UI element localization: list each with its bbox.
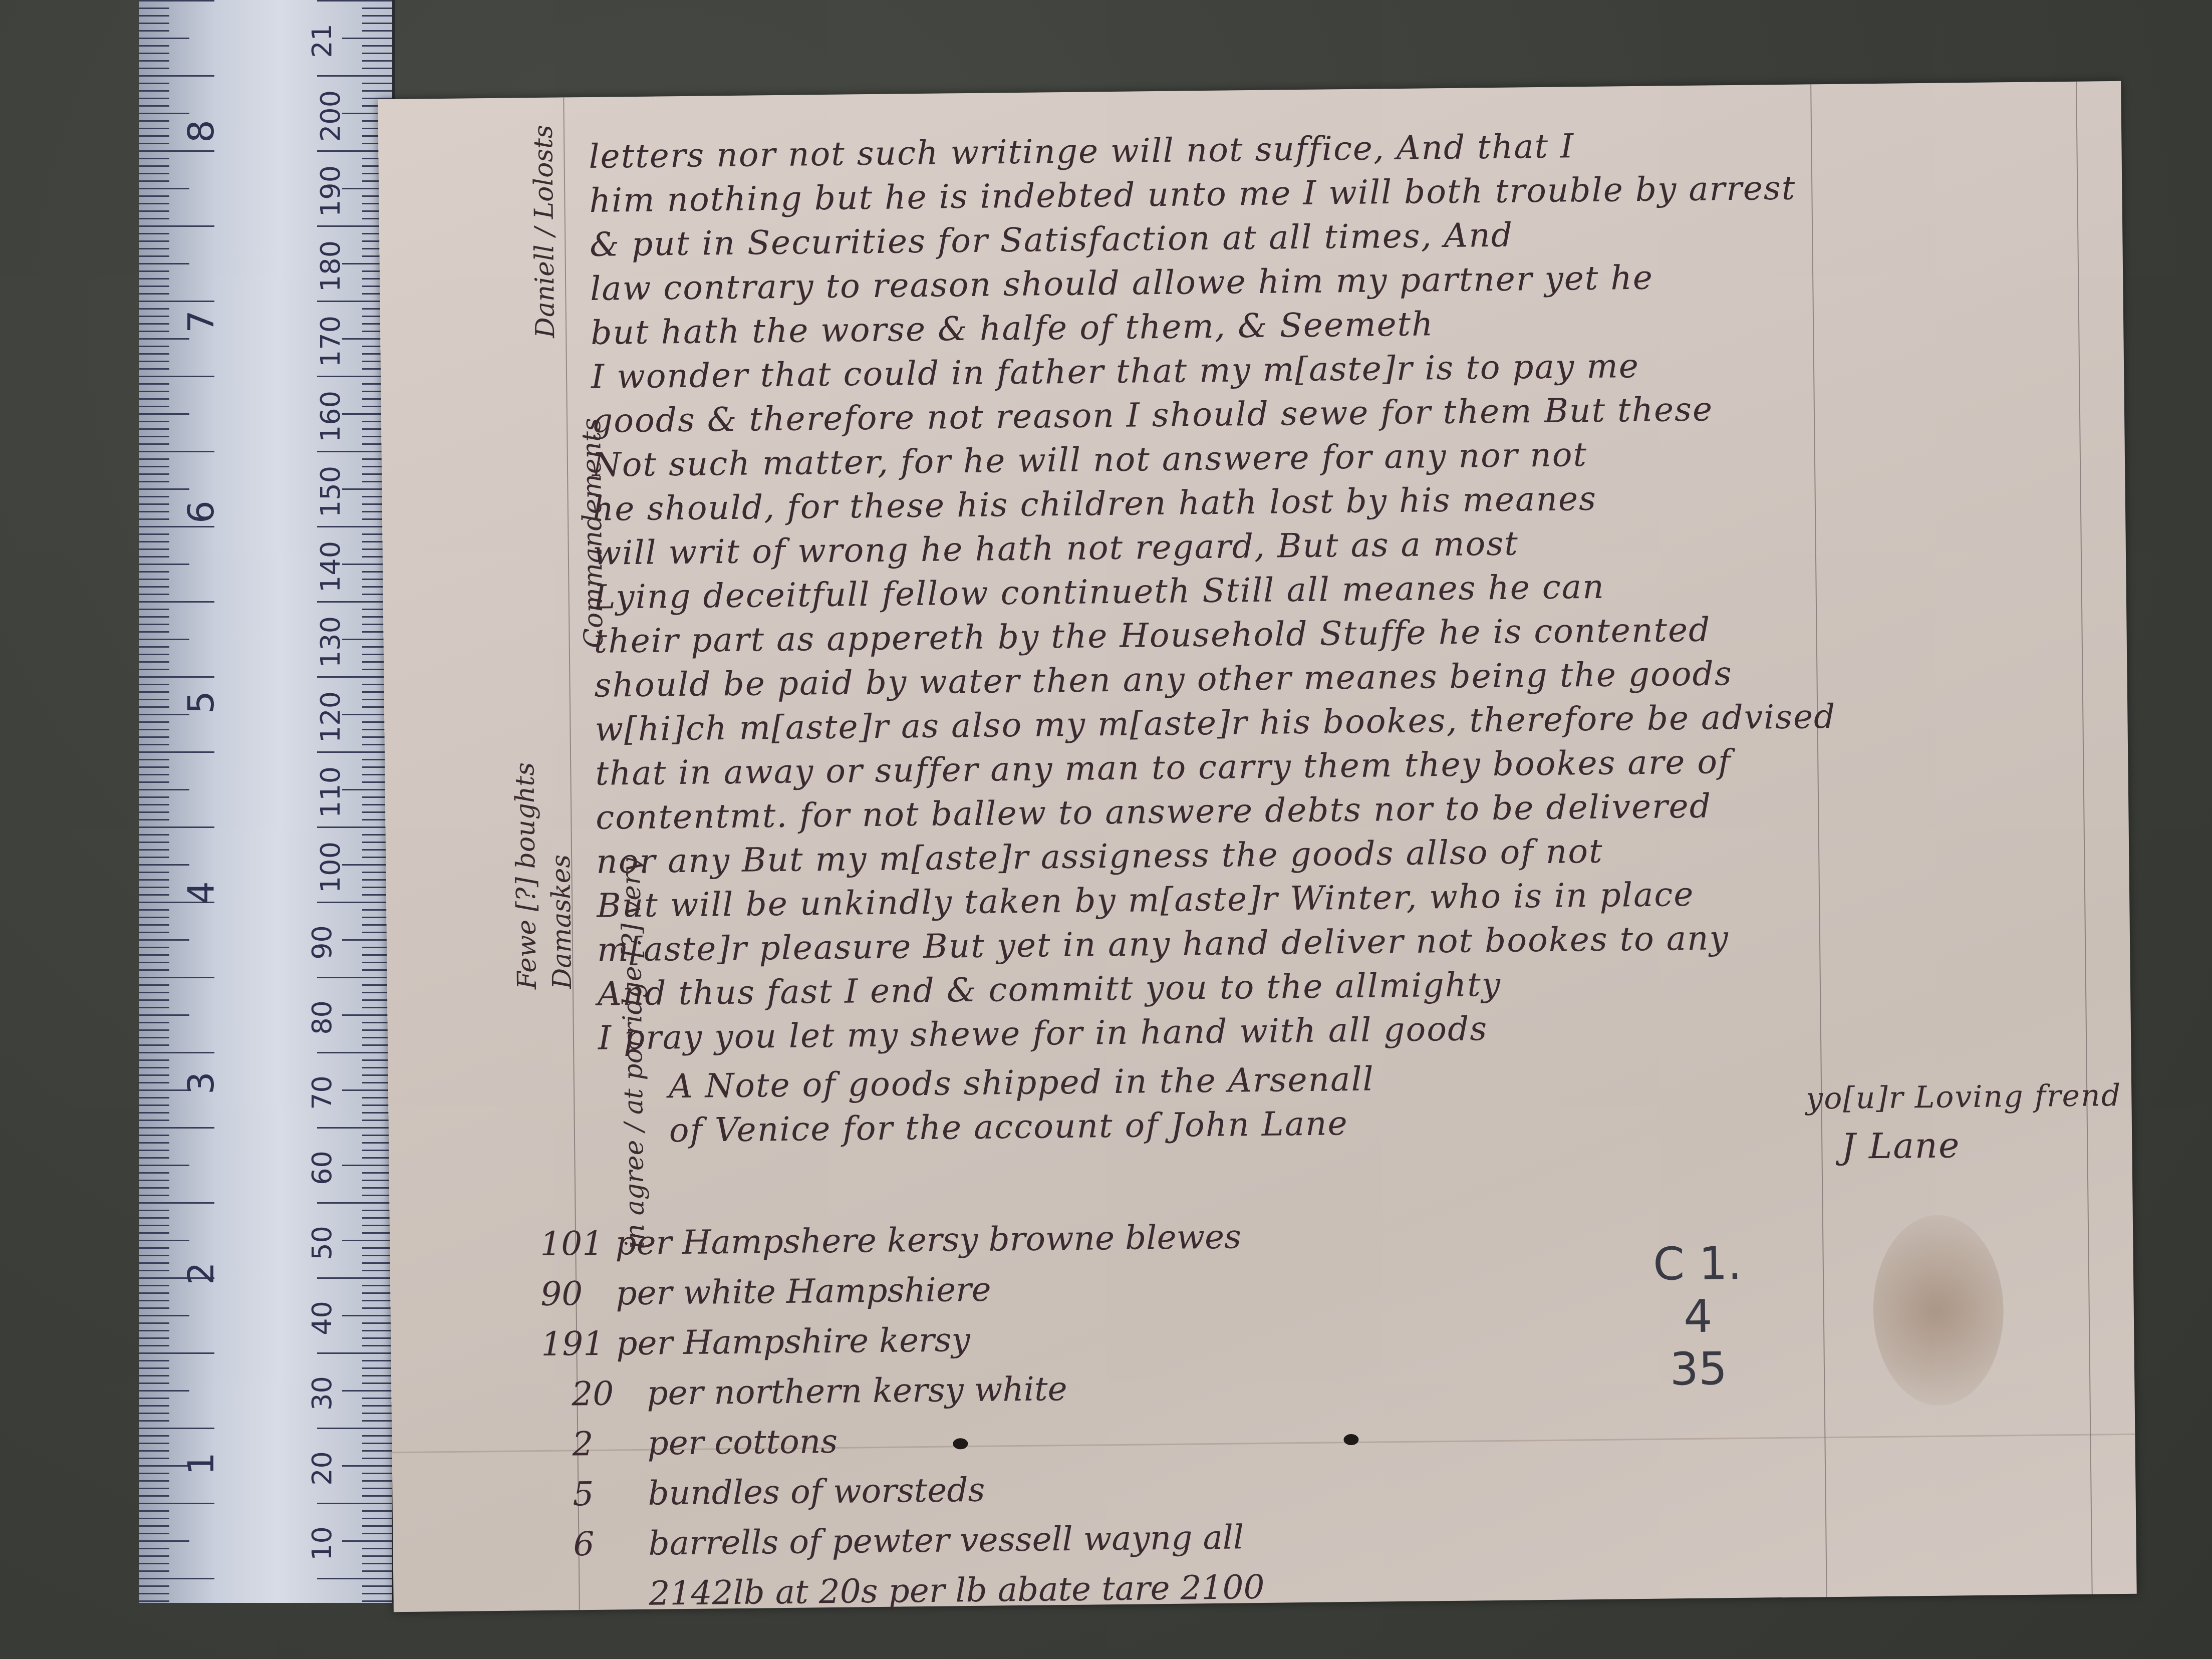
letter-line: of Venice for the account of John Lane (669, 1104, 1348, 1150)
inventory-row: 90per white Hampshiere (540, 1270, 991, 1313)
ruler-tick (139, 338, 189, 340)
ruler-tick (139, 1172, 169, 1174)
ruler-tick (139, 1398, 169, 1399)
ruler-tick (362, 1405, 392, 1407)
ruler-tick (139, 301, 214, 302)
ruler-tick (139, 1578, 214, 1579)
ruler-tick (139, 1202, 214, 1204)
ruler-mm-label: 10 (306, 1526, 338, 1561)
ruler-tick (362, 1495, 392, 1497)
ruler-tick (139, 1533, 169, 1534)
inventory-desc: per cottons (647, 1422, 838, 1463)
measuring-ruler: 1234567810203040506070809010011012013014… (139, 0, 395, 1603)
signature-closing: yo[u]r Loving frend (1806, 1078, 2122, 1117)
ruler-tick (139, 624, 169, 625)
ruler-tick (362, 1367, 392, 1369)
ruler-tick (139, 413, 189, 415)
ruler-tick (139, 834, 169, 836)
ruler-tick (362, 1585, 392, 1587)
ruler-cm-label: 2 (180, 1262, 222, 1285)
ruler-tick (139, 1007, 169, 1008)
ruler-tick (362, 1285, 392, 1286)
inventory-qty: 191 (541, 1324, 617, 1363)
ruler-tick (317, 0, 392, 2)
ruler-tick (317, 601, 392, 603)
ink-stain (1872, 1214, 2005, 1406)
ruler-tick (139, 23, 169, 24)
ruler-tick (317, 526, 392, 527)
ruler-tick (139, 1074, 169, 1076)
ruler-tick (139, 1307, 169, 1309)
ruler-tick (342, 1165, 392, 1166)
ruler-tick (139, 1157, 169, 1159)
ruler-tick (139, 1292, 169, 1294)
ruler-tick (362, 1525, 392, 1527)
ruler-tick (139, 15, 169, 17)
ruler-tick (139, 203, 169, 204)
ruler-tick (139, 676, 214, 678)
ruler-tick (139, 669, 169, 670)
ruler-tick (139, 173, 169, 174)
ruler-tick (362, 1555, 392, 1557)
ruler-tick (139, 586, 169, 588)
ruler-tick (342, 1315, 392, 1316)
letter-line: Lying deceitfull fellow continueth Still… (593, 568, 1605, 617)
margin-note: Fewe [?] boughts (510, 762, 542, 990)
ruler-tick (139, 1180, 169, 1181)
ruler-tick (362, 1217, 392, 1219)
inventory-desc: per northern kersy white (647, 1369, 1067, 1413)
ruler-tick (139, 661, 169, 663)
ruler-tick (139, 308, 169, 310)
ruler-tick (139, 383, 169, 385)
inventory-qty: 20 (572, 1374, 647, 1414)
ruler-tick (139, 368, 169, 370)
ruler-tick (139, 496, 169, 497)
ruler-tick (139, 826, 214, 828)
ruler-tick (139, 1187, 169, 1189)
ruler-tick (139, 436, 169, 437)
ruler-tick (139, 316, 169, 317)
inventory-row: 6barrells of pewter vessell wayng all (573, 1518, 1244, 1563)
ruler-tick (139, 255, 169, 257)
ruler-tick (139, 533, 169, 535)
ruler-tick (139, 443, 169, 445)
letter-line: that in away or suffer any man to carry … (595, 742, 1732, 793)
ruler-tick (362, 1413, 392, 1414)
ruler-tick (139, 744, 169, 745)
ruler-mm-label: 21 (306, 24, 338, 58)
ruler-tick (362, 1300, 392, 1301)
ruler-tick (139, 1315, 189, 1316)
margin-note: Daniell / Lolosts (528, 125, 561, 338)
ruler-tick (342, 864, 392, 866)
letter-line: & put in Securities for Satisfaction at … (590, 216, 1514, 264)
ruler-tick (362, 1330, 392, 1331)
ruler-tick (139, 1480, 169, 1482)
ruler-tick (139, 556, 169, 558)
ruler-tick (139, 1367, 169, 1369)
ruler-tick (139, 1225, 169, 1226)
ruler-tick (362, 1510, 392, 1512)
ruler-tick (139, 60, 169, 62)
ruler-tick (139, 1120, 169, 1121)
ruler-tick (139, 924, 169, 926)
ruler-tick (362, 1247, 392, 1249)
ruler-tick (139, 1150, 169, 1151)
ruler-tick (317, 451, 392, 452)
ruler-tick (362, 1307, 392, 1309)
ruler-tick (139, 143, 169, 144)
letter-line: I pray you let my shewe for in hand with… (598, 1009, 1488, 1057)
letter-line: goods & therefore not reason I should se… (592, 390, 1714, 440)
ruler-tick (317, 1503, 392, 1504)
ruler-tick (362, 1360, 392, 1361)
ruler-tick (139, 128, 169, 129)
ruler-mm-label: 190 (315, 165, 346, 217)
ruler-tick (139, 1067, 169, 1068)
ruler-tick (139, 323, 169, 325)
ruler-tick (139, 1585, 169, 1587)
ruler-tick (139, 481, 169, 482)
ruler-tick (362, 1458, 392, 1459)
letter-line: will writ of wrong he hath not regard, B… (593, 524, 1519, 573)
ruler-tick (139, 548, 169, 550)
ruler-mm-label: 200 (315, 90, 346, 142)
ruler-mm-label: 130 (315, 616, 346, 668)
ruler-mm-label: 60 (306, 1151, 338, 1185)
ruler-tick (139, 887, 169, 888)
inventory-qty (574, 1605, 649, 1606)
ruler-tick (139, 68, 169, 69)
ruler-tick (139, 398, 169, 400)
ruler-tick (362, 1518, 392, 1519)
ruler-tick (139, 1232, 169, 1234)
inventory-qty: 2 (572, 1424, 648, 1464)
ruler-tick (139, 654, 169, 655)
ruler-tick (362, 1337, 392, 1339)
ruler-tick (139, 90, 169, 92)
ruler-tick (139, 511, 169, 512)
ruler-cm-label: 3 (180, 1071, 222, 1094)
column-rule (1810, 84, 1827, 1597)
ruler-tick (362, 8, 392, 9)
ruler-tick (362, 1488, 392, 1489)
ruler-tick (139, 488, 189, 490)
ruler-tick (139, 1600, 169, 1602)
ruler-tick (139, 1503, 214, 1504)
worm-hole (953, 1438, 968, 1449)
ruler-tick (139, 1217, 169, 1219)
archive-ref-piece: 4 (1617, 1289, 1778, 1343)
inventory-desc: per white Hampshiere (616, 1270, 991, 1313)
ruler-tick (139, 331, 169, 332)
ruler-tick (362, 30, 392, 32)
ruler-tick (139, 83, 169, 84)
ruler-tick (139, 188, 189, 189)
ruler-tick (139, 691, 169, 693)
ruler-tick (139, 977, 214, 978)
ruler-tick (362, 1180, 392, 1181)
ruler-tick (139, 38, 189, 39)
ruler-mm-label: 80 (306, 1000, 338, 1035)
ruler-tick (362, 45, 392, 47)
ruler-tick (362, 68, 392, 69)
inventory-row: 191per Hampshire kersy (541, 1320, 970, 1363)
ruler-mm-label: 120 (315, 691, 346, 743)
ruler-tick (139, 8, 169, 9)
letter-line: contentmt. for not ballew to answere deb… (596, 787, 1712, 837)
ruler-tick (362, 1480, 392, 1482)
ruler-tick (139, 1052, 214, 1053)
ruler-tick (139, 30, 169, 32)
letter-line: but hath the worse & halfe of them, & Se… (591, 305, 1434, 352)
ruler-tick (139, 1570, 169, 1572)
ruler-tick (342, 939, 392, 941)
letter-line: But will be unkindly taken by m[aste]r W… (597, 875, 1695, 925)
ruler-tick (139, 353, 169, 355)
ruler-mm-label: 20 (306, 1451, 338, 1486)
letter-line: he should, for these his children hath l… (592, 479, 1597, 528)
ruler-tick (362, 1420, 392, 1422)
ruler-tick (362, 1600, 392, 1602)
letter-line: Not such matter, for he will not answere… (592, 435, 1588, 484)
ruler-tick (139, 1059, 169, 1061)
ruler-mm-label: 140 (315, 541, 346, 593)
letter-line: w[hi]ch m[aste]r as also my m[aste]r his… (595, 697, 1836, 749)
ruler-tick (139, 1428, 214, 1429)
ruler-tick (139, 1510, 169, 1512)
ruler-tick (139, 1382, 169, 1384)
manuscript-letter: Fewe [?] boughts Damaskes Commandements … (378, 81, 2136, 1612)
ruler-tick (139, 872, 169, 873)
ruler-tick (139, 1450, 169, 1452)
ruler-tick (139, 564, 189, 565)
ruler-tick (139, 286, 169, 287)
ruler-tick (139, 270, 169, 272)
ruler-tick (139, 391, 169, 392)
ruler-mm-label: 70 (306, 1075, 338, 1110)
ruler-tick (139, 233, 169, 234)
ruler-tick (139, 1360, 169, 1361)
ruler-tick (139, 579, 169, 580)
ruler-tick (139, 376, 214, 377)
ruler-tick (317, 826, 392, 828)
ruler-tick (139, 1330, 169, 1331)
ruler-tick (139, 1413, 169, 1414)
ruler-tick (139, 774, 169, 775)
ruler-tick (317, 1352, 392, 1354)
ruler-tick (139, 1473, 169, 1474)
ruler-tick (139, 225, 214, 227)
archive-ref-class: C 1. (1617, 1237, 1778, 1291)
ruler-tick (139, 1142, 169, 1144)
ruler-tick (139, 1270, 169, 1271)
ruler-tick (342, 1540, 392, 1542)
ruler-tick (362, 1172, 392, 1174)
ruler-tick (342, 1089, 392, 1091)
ruler-tick (139, 857, 169, 858)
ruler-tick (317, 75, 392, 77)
ruler-tick (362, 1210, 392, 1211)
ruler-tick (139, 796, 169, 798)
ruler-tick (139, 263, 189, 264)
ruler-tick (139, 240, 169, 242)
ruler-tick (362, 1435, 392, 1437)
ruler-tick (362, 1187, 392, 1189)
ruler-tick (139, 1525, 169, 1527)
ruler-tick (139, 864, 189, 866)
ruler-tick (139, 1255, 169, 1256)
ruler-tick (139, 1548, 169, 1549)
ruler-cm-label: 5 (180, 691, 222, 714)
ruler-tick (342, 1390, 392, 1392)
ruler-tick (362, 15, 392, 17)
ruler-tick (139, 751, 214, 753)
ruler-mm-label: 180 (315, 240, 346, 292)
ruler-tick (139, 1135, 169, 1136)
ruler-tick (139, 917, 169, 918)
ruler-tick (139, 346, 169, 347)
ruler-tick (139, 1104, 169, 1106)
ruler-cm-label: 8 (180, 120, 222, 143)
ruler-tick (139, 466, 169, 467)
inventory-desc: per Hampshire kersy (616, 1320, 970, 1362)
ruler-tick (362, 60, 392, 62)
ruler-tick (139, 1029, 169, 1031)
ruler-tick (139, 158, 169, 159)
inventory-desc: per Hampshere kersy browne blewes (615, 1217, 1241, 1262)
ruler-tick (362, 1443, 392, 1444)
ruler-tick (362, 1473, 392, 1474)
ruler-tick (139, 98, 169, 99)
ruler-tick (139, 1300, 169, 1301)
ruler-cm-label: 6 (180, 500, 222, 523)
ruler-tick (362, 1593, 392, 1594)
ruler-tick (139, 684, 169, 685)
ruler-tick (139, 601, 214, 603)
ruler-mm-label: 150 (315, 466, 346, 517)
ruler-mm-label: 100 (315, 842, 346, 893)
letter-line: I wonder that could in father that my m[… (591, 347, 1640, 396)
ruler-tick (362, 1322, 392, 1324)
ruler-tick (362, 1097, 392, 1098)
ruler-tick (139, 947, 169, 948)
ruler-tick (139, 616, 169, 618)
ruler-tick (362, 1104, 392, 1106)
ruler-tick (139, 811, 169, 813)
letter-line: him nothing but he is indebted unto me I… (589, 169, 1796, 220)
ruler-tick (342, 1465, 392, 1467)
ruler-tick (139, 1420, 169, 1422)
archive-ref-item: 35 (1618, 1342, 1779, 1396)
ruler-tick (362, 1292, 392, 1294)
ruler-tick (139, 195, 169, 197)
ruler-tick (139, 699, 169, 700)
ruler-tick (362, 1382, 392, 1384)
inventory-row: 2per cottons (572, 1422, 838, 1464)
ruler-tick (317, 676, 392, 678)
letter-line: their part as appereth by the Household … (594, 610, 1711, 660)
ruler-tick (139, 518, 169, 520)
signature-name: J Lane (1841, 1125, 1961, 1167)
ruler-mm-label: 40 (306, 1301, 338, 1335)
ruler-tick (362, 1135, 392, 1136)
ruler-tick (362, 90, 392, 92)
ruler-tick (139, 1285, 169, 1286)
ruler-tick (139, 451, 214, 452)
margin-note: Damaskes (546, 855, 578, 989)
ruler-tick (139, 939, 189, 941)
column-rule (2076, 82, 2093, 1594)
ruler-tick (139, 1518, 169, 1519)
ruler-mm-label: 50 (306, 1226, 338, 1260)
ruler-tick (362, 1157, 392, 1159)
ruler-tick (139, 45, 169, 47)
inventory-row: 5bundles of worsteds (573, 1471, 985, 1514)
ruler-cm-label: 4 (180, 881, 222, 904)
ruler-tick (139, 361, 169, 362)
ruler-tick (362, 1142, 392, 1144)
ruler-tick (139, 428, 169, 430)
ruler-tick (139, 503, 169, 505)
ruler-tick (362, 1225, 392, 1226)
ruler-tick (139, 932, 169, 933)
ruler-tick (139, 53, 169, 54)
ruler-tick (139, 594, 169, 595)
ruler-tick (362, 1563, 392, 1564)
ruler-tick (362, 53, 392, 54)
ruler-mm-label: 90 (306, 925, 338, 960)
ruler-tick (139, 105, 169, 107)
ruler-tick (139, 0, 214, 2)
ruler-cm-label: 7 (180, 310, 222, 333)
ruler-tick (139, 781, 169, 783)
ruler-tick (362, 1548, 392, 1549)
inventory-desc: 2142lb at 20s per lb abate tare 2100 (649, 1568, 1265, 1613)
ruler-tick (139, 609, 169, 610)
ruler-tick (139, 879, 169, 881)
ruler-tick (139, 526, 214, 527)
ruler-tick (342, 1014, 392, 1016)
ruler-tick (362, 1232, 392, 1234)
ruler-tick (317, 1578, 392, 1579)
ruler-tick (139, 1593, 169, 1594)
ruler-tick (139, 75, 214, 77)
ruler-tick (139, 1352, 214, 1354)
inventory-qty: 101 (540, 1224, 616, 1263)
ruler-tick (139, 150, 214, 152)
ruler-tick (317, 1202, 392, 1204)
ruler-tick (139, 789, 189, 790)
worm-hole (1343, 1434, 1358, 1445)
ruler-tick (362, 1345, 392, 1346)
ruler-tick (362, 1262, 392, 1264)
ruler-tick (139, 458, 169, 460)
ruler-tick (139, 969, 169, 971)
ruler-tick (139, 721, 169, 723)
inventory-row: 101per Hampshere kersy browne blewes (540, 1217, 1241, 1263)
ruler-tick (317, 1277, 392, 1279)
ruler-tick (139, 421, 169, 422)
ruler-tick (362, 1375, 392, 1376)
ruler-tick (139, 1037, 169, 1038)
ruler-tick (342, 38, 392, 39)
inventory-qty: 90 (540, 1274, 616, 1313)
ruler-tick (317, 1428, 392, 1429)
ruler-tick (139, 1195, 169, 1196)
ruler-tick (139, 120, 169, 122)
